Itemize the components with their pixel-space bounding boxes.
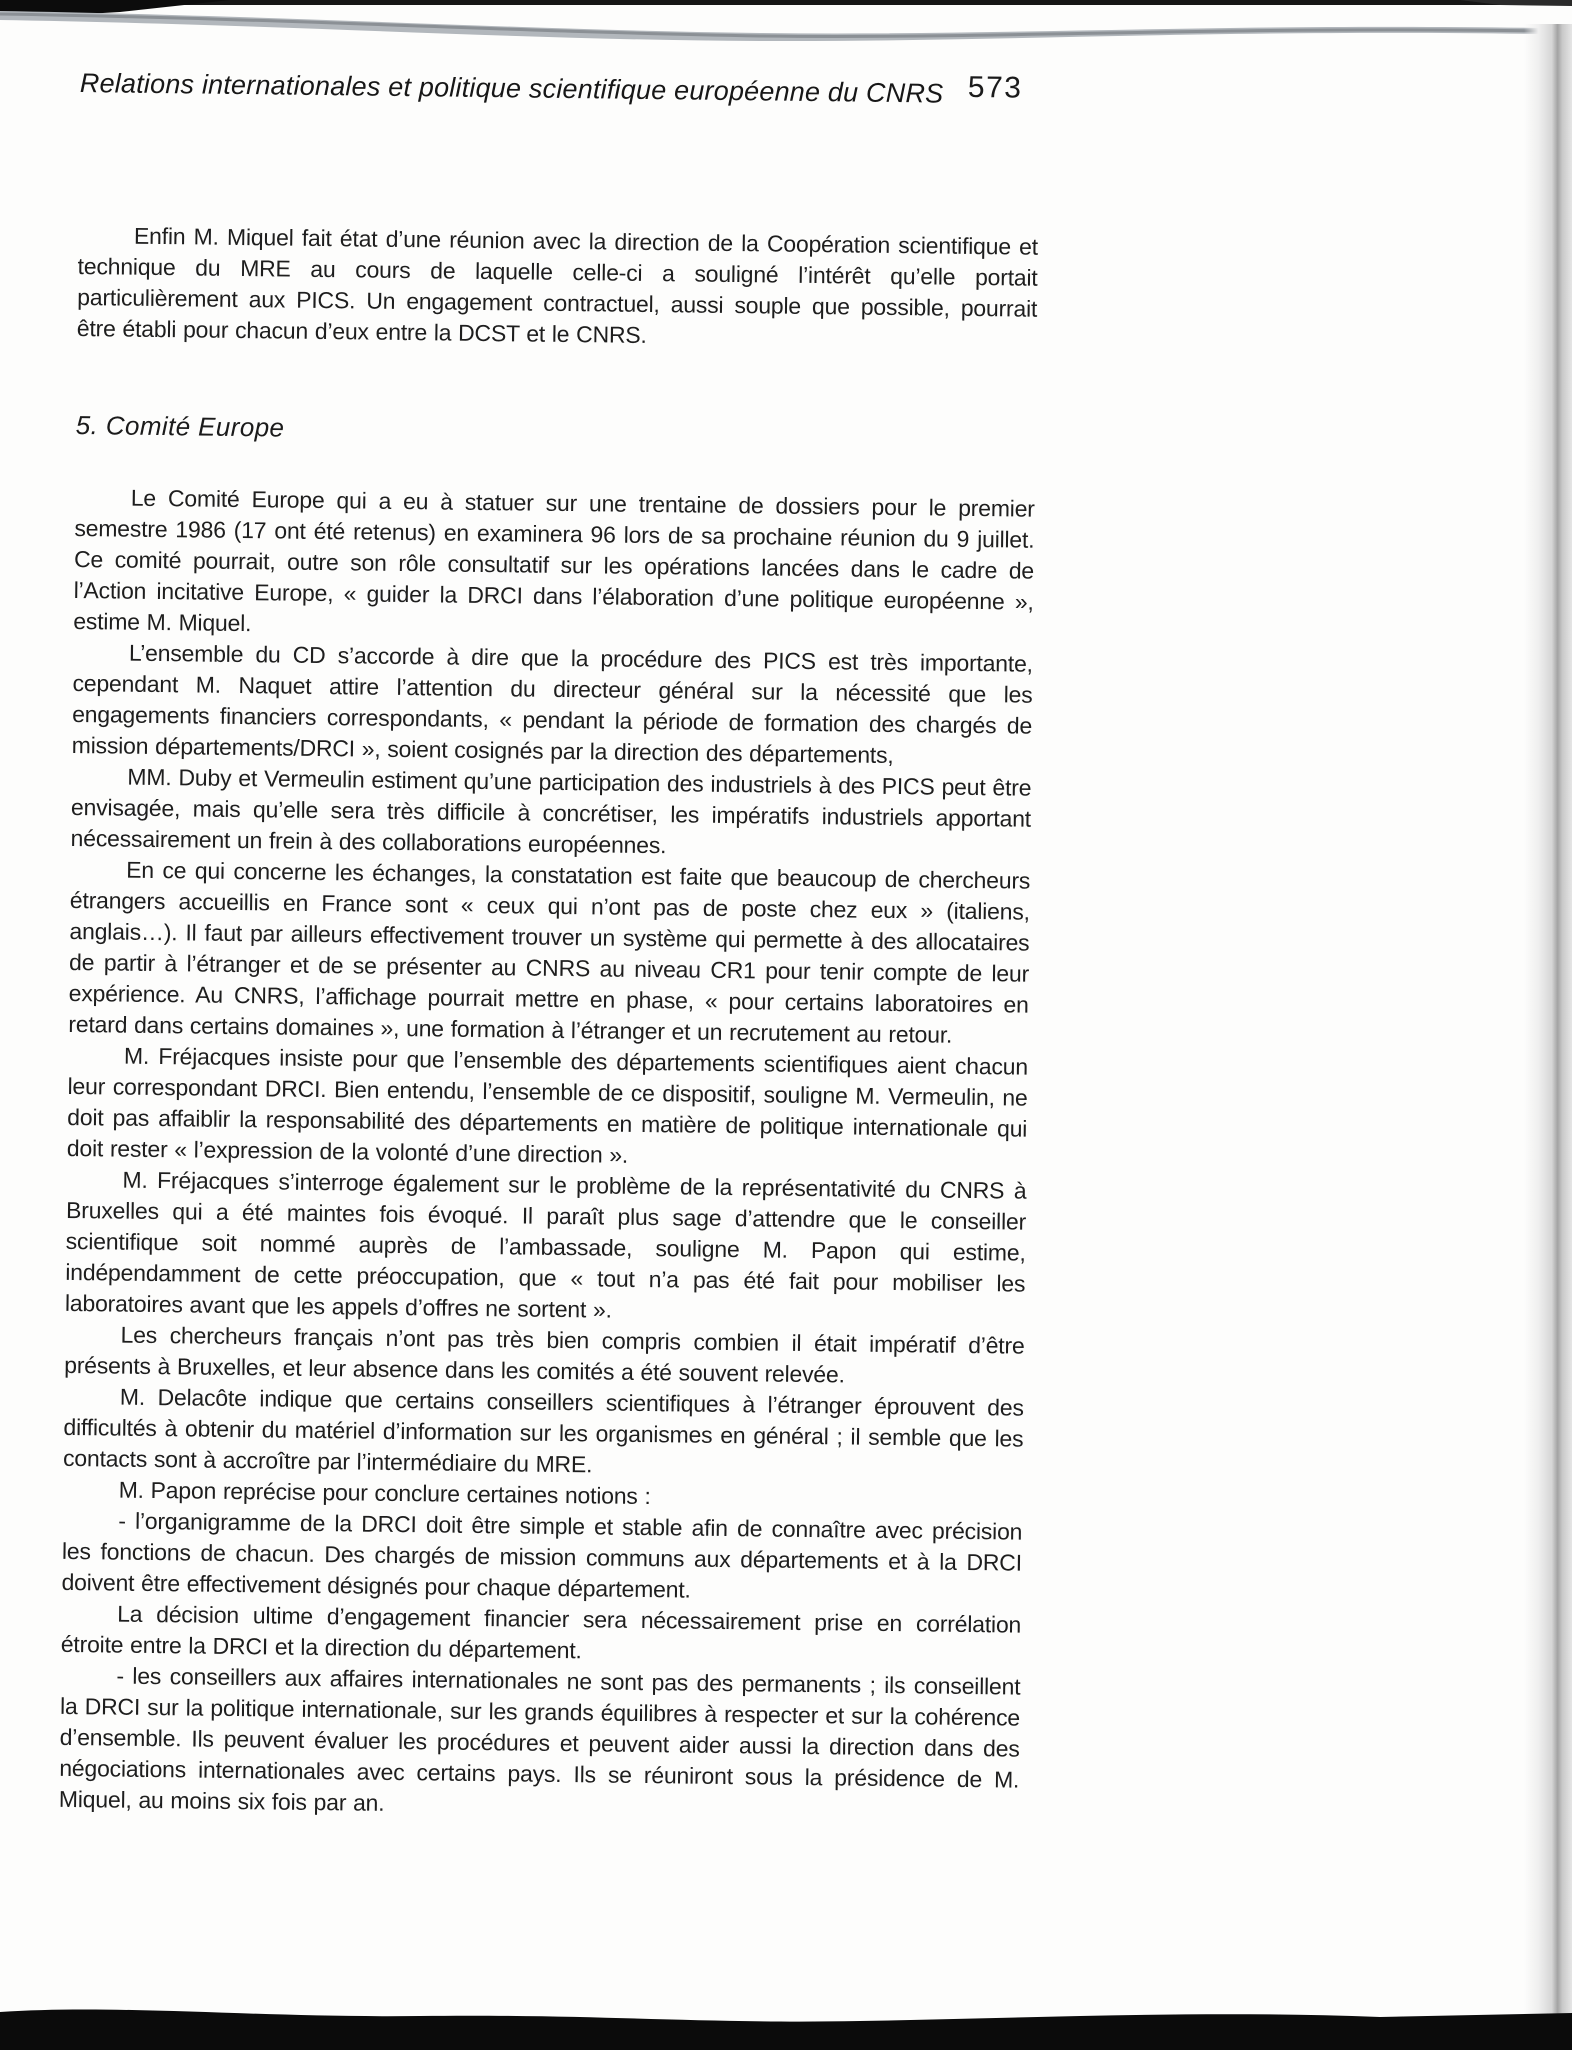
paragraph: - les conseillers aux affaires internati… [59,1660,1021,1827]
paragraph: La décision ultime d’engagement financie… [61,1598,1022,1672]
paragraph: M. Delacôte indique que certains conseil… [63,1381,1024,1486]
paragraph: MM. Duby et Vermeulin estiment qu’une pa… [70,761,1031,866]
paragraph: M. Fréjacques s’interroge également sur … [65,1164,1027,1331]
scan-artifact-top [0,0,1572,52]
body-text: Le Comité Europe qui a eu à statuer sur … [59,482,1035,1827]
section-heading: 5. Comité Europe [75,410,284,444]
paragraph: Enfin M. Miquel fait état d’une réunion … [77,220,1038,356]
page-number: 573 [968,71,1023,106]
paragraph: L’ensemble du CD s’accorde à dire que la… [72,637,1033,773]
paragraph: Le Comité Europe qui a eu à statuer sur … [73,482,1035,649]
paragraph: - l’organigramme de la DRCI doit être si… [61,1505,1022,1610]
paragraph: En ce qui concerne les échanges, la cons… [68,854,1030,1052]
paragraph: Les chercheurs français n’ont pas très b… [64,1319,1025,1393]
scanned-page: Relations internationales et politique s… [0,0,1572,2050]
paragraph: M. Fréjacques insiste pour que l’ensembl… [67,1040,1028,1176]
page-edge-shadow [1524,24,1572,2028]
page-header: Relations internationales et politique s… [80,68,1040,120]
scan-artifact-bottom [0,1990,1572,2050]
running-header-title: Relations internationales et politique s… [80,68,944,109]
